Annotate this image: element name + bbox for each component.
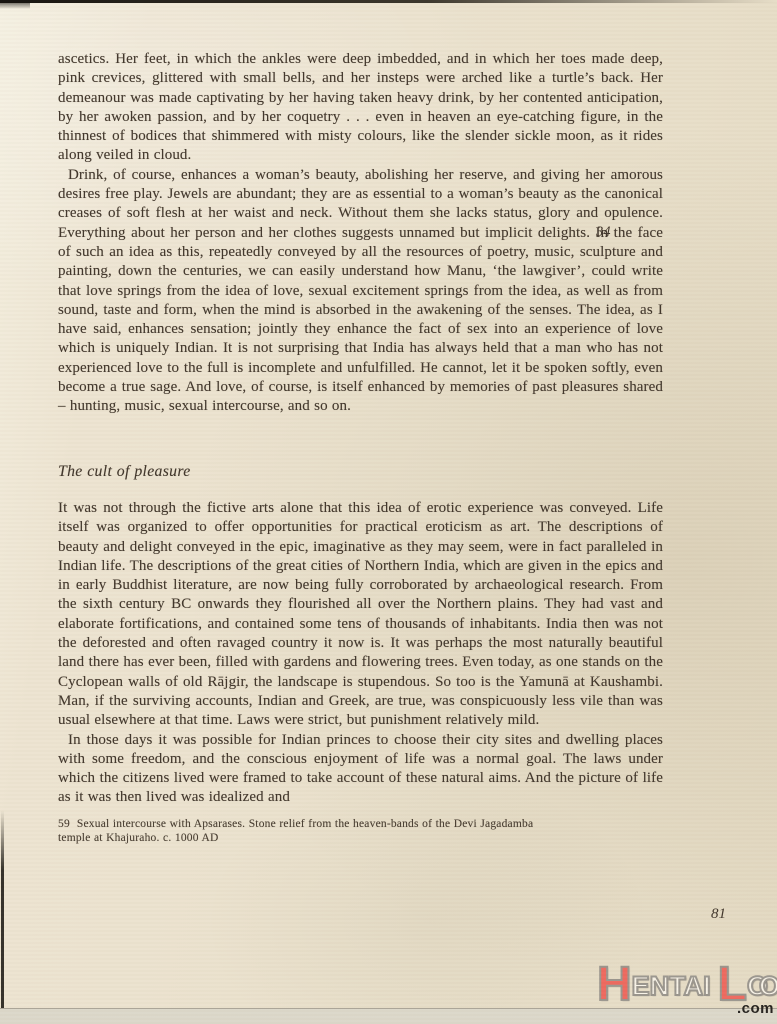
page-text-column: ascetics. Her feet, in which the ankles … <box>58 50 663 846</box>
logo-letter-l: L <box>718 966 747 1004</box>
logo-letter-o2: O <box>759 975 777 997</box>
body-paragraph: In those days it was possible for Indian… <box>58 731 663 808</box>
body-paragraph: It was not through the fictive arts alon… <box>58 499 663 731</box>
logo-text-entai: ENTAI <box>632 975 711 997</box>
logo-letter-h: H <box>597 966 632 1004</box>
figure-caption-number: 59 <box>58 818 70 830</box>
scan-edge-top <box>0 0 777 3</box>
figure-caption: 59Sexual intercourse with Apsarases. Sto… <box>58 817 555 847</box>
scanned-book-page: ascetics. Her feet, in which the ankles … <box>0 0 777 1024</box>
logo-letters: HENTAILOOP <box>597 966 777 1004</box>
page-number: 81 <box>711 906 726 923</box>
quote-paragraph: ascetics. Her feet, in which the ankles … <box>58 50 663 166</box>
section-heading: The cult of pleasure <box>58 462 663 481</box>
hentailoop-logo[interactable]: HENTAILOOP .com <box>594 962 777 1024</box>
margin-figure-reference: 34 <box>596 224 611 241</box>
scan-corner-shadow <box>0 0 30 9</box>
figure-caption-text: Sexual intercourse with Apsarases. Stone… <box>58 818 533 845</box>
logo-dot-com: .com <box>737 1000 774 1017</box>
scan-edge-left <box>1 810 4 1010</box>
body-paragraph: Drink, of course, enhances a woman’s bea… <box>58 166 663 417</box>
